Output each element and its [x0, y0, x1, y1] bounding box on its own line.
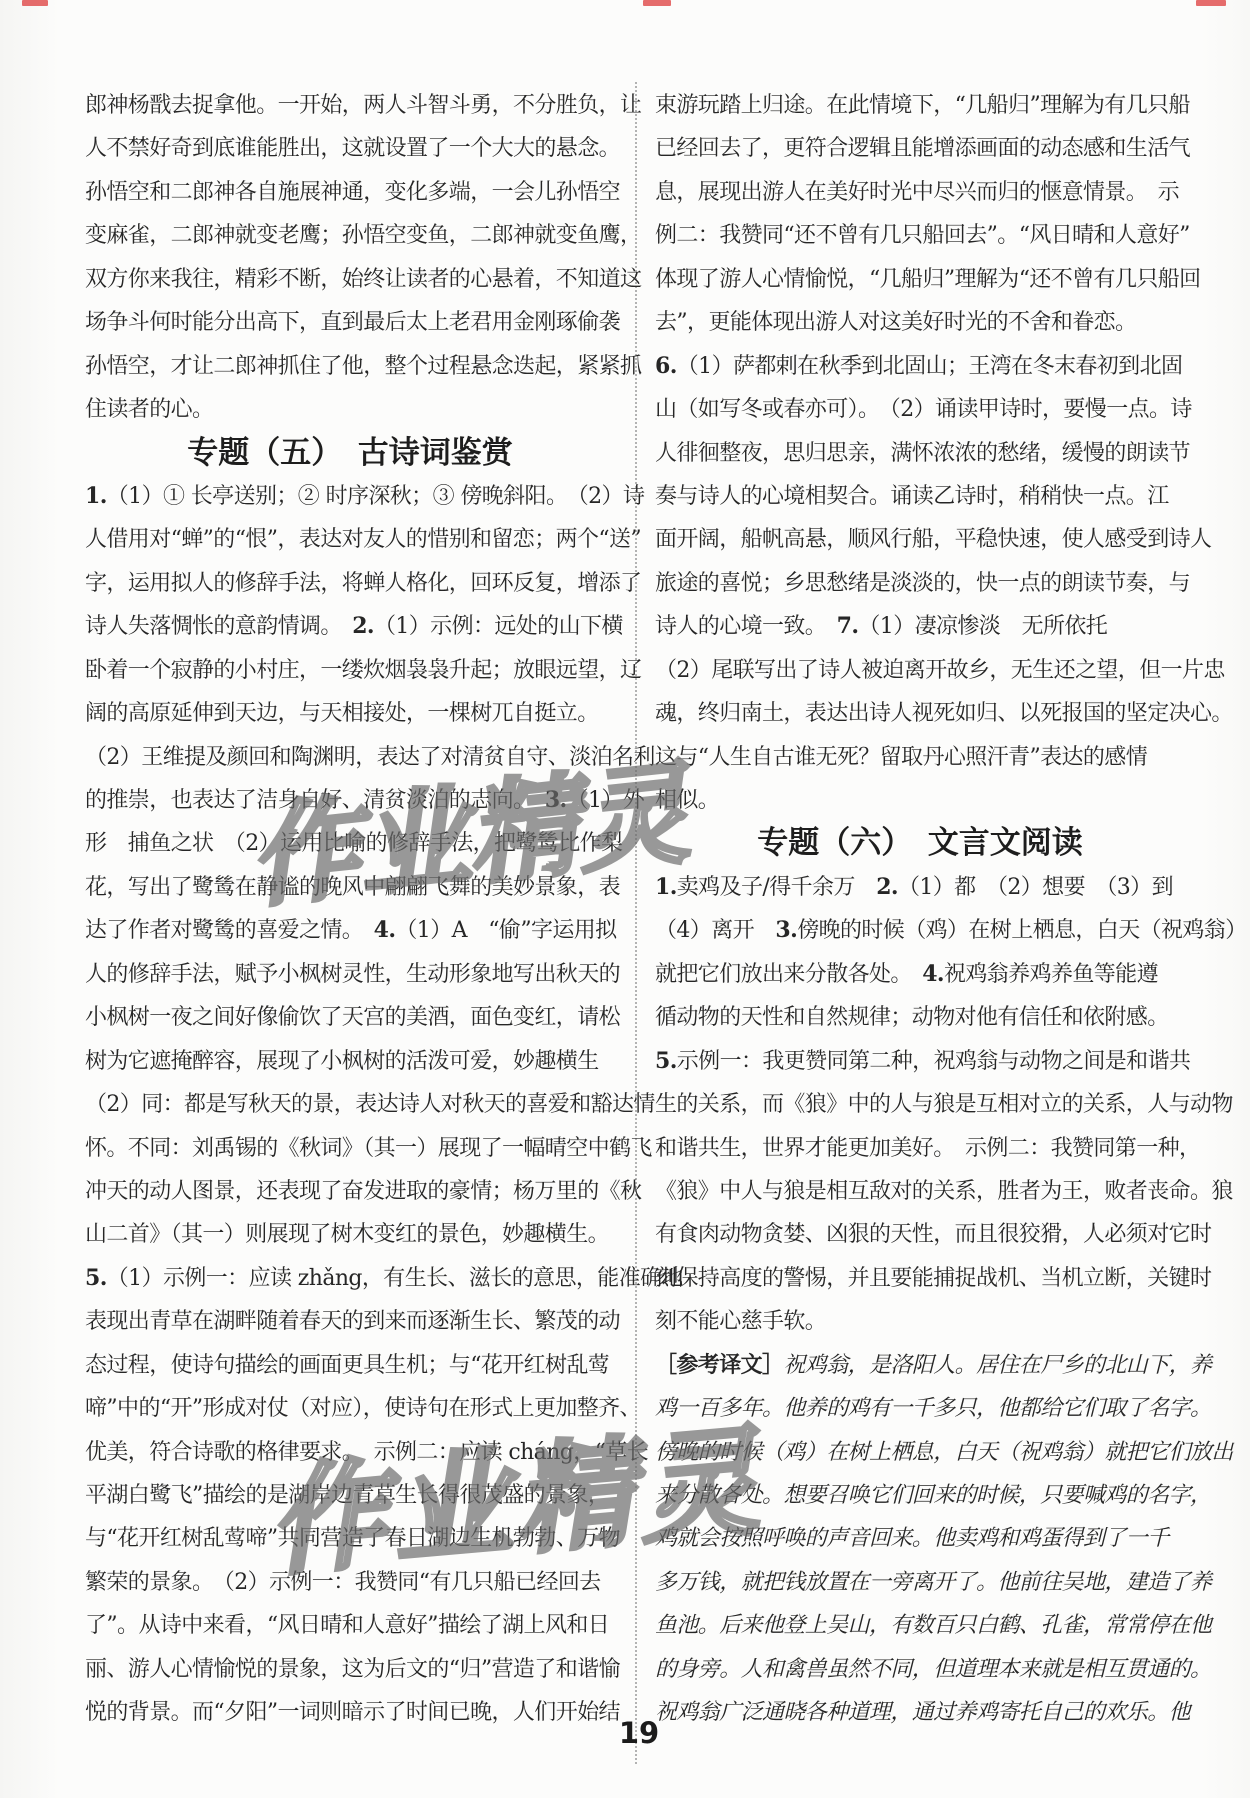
- text-segment: 了”。从诗中来看，“风日晴和人意好”描绘了湖上风和日: [85, 1613, 609, 1638]
- text-segment: 循动物的天性和自然规律；动物对他有信任和依附感。: [655, 1005, 1169, 1030]
- text-segment: 人借用对“蝉”的“恨”，表达对友人的惜别和留恋；两个“送”: [85, 527, 641, 552]
- text-line: 人的修辞手法，赋予小枫树灵性，生动形象地写出秋天的: [85, 953, 615, 996]
- text-segment: 达了作者对鹭鸶的喜爱之情。: [85, 918, 374, 943]
- text-line: 平湖白鹭飞”描绘的是湖岸边青草生长得很茂盛的景象，: [85, 1474, 615, 1517]
- text-line: 小枫树一夜之间好像偷饮了天宫的美酒，面色变红，请松: [85, 996, 615, 1039]
- text-line: 就把它们放出来分散各处。 4.祝鸡翁养鸡养鱼等能遵: [655, 953, 1185, 996]
- text-line: 与“花开红树乱莺啼”共同营造了春日湖边生机勃勃、万物: [85, 1517, 615, 1560]
- text-segment: 卧着一个寂静的小村庄，一缕炊烟袅袅升起；放眼远望，辽: [85, 658, 641, 683]
- text-line: 孙悟空，才让二郎神抓住了他，整个过程悬念迭起，紧紧抓: [85, 345, 615, 388]
- text-segment: （4）离开: [655, 918, 775, 943]
- scanned-page-background: 郎神杨戬去捉拿他。一开始，两人斗智斗勇，不分胜负，让人不禁好奇到底谁能胜出，这就…: [0, 0, 1250, 1798]
- kaiti-text-segment: 鱼池。后来他登上吴山，有数百只白鹤、孔雀，常常停在他: [655, 1613, 1211, 1638]
- text-line: 去”，更能体现出游人对这美好时光的不舍和眷恋。: [655, 301, 1185, 344]
- text-line: 5.示例一：我更赞同第二种，祝鸡翁与动物之间是和谐共: [655, 1040, 1185, 1083]
- text-line: 这与“人生自古谁无死？留取丹心照汗青”表达的感情: [655, 736, 1185, 779]
- text-segment: 面开阔，船帆高悬，顺风行船，平稳快速，使人感受到诗人: [655, 527, 1211, 552]
- text-line: 住读者的心。: [85, 388, 615, 431]
- text-segment: 怀。不同：刘禹锡的《秋词》（其一）展现了一幅晴空中鹤飞: [85, 1136, 652, 1161]
- text-line: （2）王维提及颜回和陶渊明，表达了对清贫自守、淡泊名利: [85, 736, 615, 779]
- text-line: 循动物的天性和自然规律；动物对他有信任和依附感。: [655, 996, 1185, 1039]
- text-segment: 刻不能心慈手软。: [655, 1309, 826, 1334]
- kaiti-text-segment: 鸡就会按照呼唤的声音回来。他卖鸡和鸡蛋得到了一千: [655, 1526, 1169, 1551]
- text-segment: （1）① 长亭送别；② 时序深秋；③ 傍晚斜阳。 （2）诗: [107, 484, 645, 509]
- bold-text-segment: 5.: [655, 1048, 677, 1074]
- text-segment: 孙悟空和二郎神各自施展神通，变化多端，一会儿孙悟空: [85, 180, 620, 205]
- kaiti-text-segment: 鸡一百多年。他养的鸡有一千多只，他都给它们取了名字。: [655, 1396, 1211, 1421]
- text-segment: 繁荣的景象。 （2）示例一：我赞同“有几只船已经回去: [85, 1570, 601, 1595]
- text-segment: 态过程，使诗句描绘的画面更具生机；与“花开红树乱莺: [85, 1353, 609, 1378]
- section-heading: 专题（六） 文言文阅读: [655, 822, 1185, 865]
- text-line: 的身旁。人和禽兽虽然不同，但道理本来就是相互贯通的。: [655, 1648, 1185, 1691]
- text-segment: 丽、游人心情愉悦的景象，这为后文的“归”营造了和谐愉: [85, 1657, 620, 1682]
- text-segment: 变麻雀，二郎神就变老鹰；孙悟空变鱼，二郎神就变鱼鹰，: [85, 223, 641, 248]
- text-segment: 平湖白鹭飞”描绘的是湖岸边青草生长得很茂盛的景象，: [85, 1483, 609, 1508]
- text-segment: 孙悟空，才让二郎神抓住了他，整个过程悬念迭起，紧紧抓: [85, 354, 641, 379]
- text-line: 怀。不同：刘禹锡的《秋词》（其一）展现了一幅晴空中鹤飞: [85, 1127, 615, 1170]
- red-crop-mark-right: [1196, 0, 1226, 6]
- text-segment: 息，展现出游人在美好时光中尽兴而归的惬意情景。 示: [655, 180, 1179, 205]
- kaiti-text-segment: 祝鸡翁，是洛阳人。居住在尸乡的北山下，养: [783, 1353, 1211, 1378]
- text-line: 人借用对“蝉”的“恨”，表达对友人的惜别和留恋；两个“送”: [85, 518, 615, 561]
- bold-text-segment: 1.: [655, 874, 677, 900]
- text-line: 鱼池。后来他登上吴山，有数百只白鹤、孔雀，常常停在他: [655, 1604, 1185, 1647]
- text-line: 形 捕鱼之状 （2）运用比喻的修辞手法，把鹭鸶比作梨: [85, 822, 615, 865]
- text-segment: 生的关系，而《狼》中的人与狼是互相对立的关系，人与动物: [655, 1092, 1233, 1117]
- text-line: 场争斗何时能分出高下，直到最后太上老君用金刚琢偷袭: [85, 301, 615, 344]
- text-line: 已经回去了，更符合逻辑且能增添画面的动态感和生活气: [655, 127, 1185, 170]
- text-segment: 字，运用拟人的修辞手法，将蝉人格化，回环反复，增添了: [85, 571, 641, 596]
- text-segment: 表现出青草在湖畔随着春天的到来而逐渐生长、繁茂的动: [85, 1309, 620, 1334]
- text-segment: 树为它遮掩醉容，展现了小枫树的活泼可爱，妙趣横生: [85, 1049, 599, 1074]
- text-line: 阔的高原延伸到天边，与天相接处，一棵树兀自挺立。: [85, 692, 615, 735]
- text-segment: （1）萨都剌在秋季到北固山；王湾在冬末春初到北固: [677, 354, 1183, 379]
- text-segment: 小枫树一夜之间好像偷饮了天宫的美酒，面色变红，请松: [85, 1005, 620, 1030]
- text-segment: 这与“人生自古谁无死？留取丹心照汗青”表达的感情: [655, 745, 1147, 770]
- bold-text-segment: 2.: [352, 613, 374, 639]
- text-segment: 山（如写冬或春亦可）。 （2）诵读甲诗时，要慢一点。诗: [655, 397, 1192, 422]
- bold-text-segment: 2.: [876, 874, 898, 900]
- kaiti-text-segment: 傍晚的时候（鸡）在树上栖息，白天（祝鸡翁）就把它们放出: [655, 1440, 1233, 1465]
- text-segment: 人徘徊整夜，思归思亲，满怀浓浓的愁绪，缓慢的朗读节: [655, 441, 1190, 466]
- text-line: 卧着一个寂静的小村庄，一缕炊烟袅袅升起；放眼远望，辽: [85, 649, 615, 692]
- text-line: 了”。从诗中来看，“风日晴和人意好”描绘了湖上风和日: [85, 1604, 615, 1647]
- kaiti-text-segment: 来分散各处。想要召唤它们回来的时候，只要喊鸡的名字，: [655, 1483, 1211, 1508]
- text-line: 孙悟空和二郎神各自施展神通，变化多端，一会儿孙悟空: [85, 171, 615, 214]
- text-segment: 人不禁好奇到底谁能胜出，这就设置了一个大大的悬念。: [85, 136, 620, 161]
- text-line: 束游玩踏上归途。在此情境下，“几船归”理解为有几只船: [655, 84, 1185, 127]
- text-segment: 优美，符合诗歌的格律要求。 示例二：应读 cháng，“草长: [85, 1440, 648, 1465]
- bold-text-segment: 1.: [85, 483, 107, 509]
- text-segment: 啼”中的“开”形成对仗（对应），使诗句在形式上更加整齐、: [85, 1396, 641, 1421]
- text-line: 面开阔，船帆高悬，顺风行船，平稳快速，使人感受到诗人: [655, 518, 1185, 561]
- text-line: 来分散各处。想要召唤它们回来的时候，只要喊鸡的名字，: [655, 1474, 1185, 1517]
- text-segment: 去”，更能体现出游人对这美好时光的不舍和眷恋。: [655, 310, 1136, 335]
- text-line: 鸡一百多年。他养的鸡有一千多只，他都给它们取了名字。: [655, 1387, 1185, 1430]
- text-segment: （1）A “偷”字运用拟: [395, 918, 616, 943]
- text-segment: 与“花开红树乱莺啼”共同营造了春日湖边生机勃勃、万物: [85, 1526, 620, 1551]
- text-segment: （2）王维提及颜回和陶渊明，表达了对清贫自守、淡泊名利: [85, 745, 655, 770]
- text-line: 《狼》中人与狼是相互敌对的关系，胜者为王，败者丧命。狼: [655, 1170, 1185, 1213]
- text-segment: （2）尾联写出了诗人被迫离开故乡，无生还之望，但一片忠: [655, 658, 1225, 683]
- text-line: 达了作者对鹭鸶的喜爱之情。 4.（1）A “偷”字运用拟: [85, 909, 615, 952]
- bold-text-segment: 4.: [922, 961, 944, 987]
- text-segment: （1）外: [567, 788, 645, 813]
- bold-text-segment: 3.: [545, 787, 567, 813]
- text-line: 诗人的心境一致。 7.（1）凄凉惨淡 无所依托: [655, 605, 1185, 648]
- bold-text-segment: ［参考译文］: [655, 1352, 783, 1378]
- text-line: 字，运用拟人的修辞手法，将蝉人格化，回环反复，增添了: [85, 562, 615, 605]
- text-segment: 郎神杨戬去捉拿他。一开始，两人斗智斗勇，不分胜负，让: [85, 93, 641, 118]
- text-line: 郎神杨戬去捉拿他。一开始，两人斗智斗勇，不分胜负，让: [85, 84, 615, 127]
- text-line: 花，写出了鹭鸶在静谧的晚风中翩翩飞舞的美妙景象，表: [85, 866, 615, 909]
- text-segment: 刻保持高度的警惕，并且要能捕捉战机、当机立断，关键时: [655, 1266, 1211, 1291]
- text-segment: 冲天的动人图景，还表现了奋发进取的豪情；杨万里的《秋: [85, 1179, 641, 1204]
- kaiti-text-segment: 的身旁。人和禽兽虽然不同，但道理本来就是相互贯通的。: [655, 1657, 1211, 1682]
- text-line: （2）尾联写出了诗人被迫离开故乡，无生还之望，但一片忠: [655, 649, 1185, 692]
- text-line: 奏与诗人的心境相契合。诵读乙诗时，稍稍快一点。江: [655, 475, 1185, 518]
- text-segment: 《狼》中人与狼是相互敌对的关系，胜者为王，败者丧命。狼: [655, 1179, 1233, 1204]
- text-line: 和谐共生，世界才能更加美好。 示例二：我赞同第一种，: [655, 1127, 1185, 1170]
- bold-text-segment: 3.: [775, 917, 797, 943]
- bold-text-segment: 5.: [85, 1265, 107, 1291]
- bold-text-segment: 7.: [837, 613, 859, 639]
- text-segment: （1）示例一：应读 zhǎng，有生长、滋长的意思，能准确地: [107, 1266, 683, 1291]
- text-segment: 已经回去了，更符合逻辑且能增添画面的动态感和生活气: [655, 136, 1190, 161]
- text-segment: 魂，终归南土，表达出诗人视死如归、以死报国的坚定决心。: [655, 701, 1233, 726]
- bold-text-segment: 4.: [374, 917, 396, 943]
- text-segment: 和谐共生，世界才能更加美好。 示例二：我赞同第一种，: [655, 1136, 1200, 1161]
- text-line: 变麻雀，二郎神就变老鹰；孙悟空变鱼，二郎神就变鱼鹰，: [85, 214, 615, 257]
- text-line: 鸡就会按照呼唤的声音回来。他卖鸡和鸡蛋得到了一千: [655, 1517, 1185, 1560]
- text-line: 6.（1）萨都剌在秋季到北固山；王湾在冬末春初到北固: [655, 345, 1185, 388]
- column-divider-dotted-line: [635, 82, 637, 1764]
- text-line: 人不禁好奇到底谁能胜出，这就设置了一个大大的悬念。: [85, 127, 615, 170]
- text-line: 多万钱，就把钱放置在一旁离开了。他前往吴地，建造了养: [655, 1561, 1185, 1604]
- text-line: 山（如写冬或春亦可）。 （2）诵读甲诗时，要慢一点。诗: [655, 388, 1185, 431]
- text-segment: 花，写出了鹭鸶在静谧的晚风中翩翩飞舞的美妙景象，表: [85, 875, 620, 900]
- text-segment: 相似。: [655, 788, 719, 813]
- text-segment: 奏与诗人的心境相契合。诵读乙诗时，稍稍快一点。江: [655, 484, 1169, 509]
- text-line: 1.（1）① 长亭送别；② 时序深秋；③ 傍晚斜阳。 （2）诗: [85, 475, 615, 518]
- text-segment: 有食肉动物贪婪、凶狠的天性，而且很狡猾，人必须对它时: [655, 1222, 1211, 1247]
- text-line: 生的关系，而《狼》中的人与狼是互相对立的关系，人与动物: [655, 1083, 1185, 1126]
- text-line: 5.（1）示例一：应读 zhǎng，有生长、滋长的意思，能准确地: [85, 1257, 615, 1300]
- text-segment: 诗人失落惆怅的意韵情调。: [85, 614, 352, 639]
- text-segment: 就把它们放出来分散各处。: [655, 962, 922, 987]
- text-line: 丽、游人心情愉悦的景象，这为后文的“归”营造了和谐愉: [85, 1648, 615, 1691]
- text-line: ［参考译文］祝鸡翁，是洛阳人。居住在尸乡的北山下，养: [655, 1344, 1185, 1387]
- text-segment: 形 捕鱼之状 （2）运用比喻的修辞手法，把鹭鸶比作梨: [85, 831, 622, 856]
- text-line: （4）离开 3.傍晚的时候（鸡）在树上栖息，白天（祝鸡翁）: [655, 909, 1185, 952]
- text-line: 傍晚的时候（鸡）在树上栖息，白天（祝鸡翁）就把它们放出: [655, 1431, 1185, 1474]
- text-line: 表现出青草在湖畔随着春天的到来而逐渐生长、繁茂的动: [85, 1300, 615, 1343]
- text-segment: （2）同：都是写秋天的景，表达诗人对秋天的喜爱和豁达情: [85, 1092, 655, 1117]
- text-line: 繁荣的景象。 （2）示例一：我赞同“有几只船已经回去: [85, 1561, 615, 1604]
- text-segment: 人的修辞手法，赋予小枫树灵性，生动形象地写出秋天的: [85, 962, 620, 987]
- text-line: 态过程，使诗句描绘的画面更具生机；与“花开红树乱莺: [85, 1344, 615, 1387]
- text-line: （2）同：都是写秋天的景，表达诗人对秋天的喜爱和豁达情: [85, 1083, 615, 1126]
- text-segment: 场争斗何时能分出高下，直到最后太上老君用金刚琢偷袭: [85, 310, 620, 335]
- text-line: 相似。: [655, 779, 1185, 822]
- text-line: 啼”中的“开”形成对仗（对应），使诗句在形式上更加整齐、: [85, 1387, 615, 1430]
- text-segment: （1）都 （2）想要 （3）到: [898, 875, 1173, 900]
- text-segment: 住读者的心。: [85, 397, 213, 422]
- text-line: 刻保持高度的警惕，并且要能捕捉战机、当机立断，关键时: [655, 1257, 1185, 1300]
- text-line: 有食肉动物贪婪、凶狠的天性，而且很狡猾，人必须对它时: [655, 1213, 1185, 1256]
- text-segment: 的推崇，也表达了洁身自好、清贫淡泊的志向。: [85, 788, 545, 813]
- text-segment: 束游玩踏上归途。在此情境下，“几船归”理解为有几只船: [655, 93, 1190, 118]
- text-line: 例二：我赞同“还不曾有几只船回去”。“风日晴和人意好”: [655, 214, 1185, 257]
- right-text-column: 束游玩踏上归途。在此情境下，“几船归”理解为有几只船已经回去了，更符合逻辑且能增…: [655, 84, 1185, 1735]
- red-crop-mark-left: [22, 0, 48, 6]
- text-segment: 体现了游人心情愉悦，“几船归”理解为“还不曾有几只船回: [655, 267, 1201, 292]
- text-segment: 卖鸡及子/得千余万: [677, 875, 876, 900]
- text-segment: （1）凄凉惨淡 无所依托: [858, 614, 1107, 639]
- page-number: 19: [0, 1716, 1250, 1750]
- text-segment: 旅途的喜悦；乡思愁绪是淡淡的，快一点的朗读节奏，与: [655, 571, 1190, 596]
- text-segment: 山二首》（其一）则展现了树木变红的景色，妙趣横生。: [85, 1222, 609, 1247]
- text-segment: 诗人的心境一致。: [655, 614, 837, 639]
- text-line: 双方你来我往，精彩不断，始终让读者的心悬着，不知道这: [85, 258, 615, 301]
- text-line: 树为它遮掩醉容，展现了小枫树的活泼可爱，妙趣横生: [85, 1040, 615, 1083]
- text-line: 人徘徊整夜，思归思亲，满怀浓浓的愁绪，缓慢的朗读节: [655, 432, 1185, 475]
- section-heading: 专题（五） 古诗词鉴赏: [85, 432, 615, 475]
- text-line: 的推崇，也表达了洁身自好、清贫淡泊的志向。 3.（1）外: [85, 779, 615, 822]
- text-segment: 例二：我赞同“还不曾有几只船回去”。“风日晴和人意好”: [655, 223, 1190, 248]
- text-segment: 祝鸡翁养鸡养鱼等能遵: [944, 962, 1158, 987]
- text-line: 冲天的动人图景，还表现了奋发进取的豪情；杨万里的《秋: [85, 1170, 615, 1213]
- text-line: 山二首》（其一）则展现了树木变红的景色，妙趣横生。: [85, 1213, 615, 1256]
- left-text-column: 郎神杨戬去捉拿他。一开始，两人斗智斗勇，不分胜负，让人不禁好奇到底谁能胜出，这就…: [85, 84, 615, 1735]
- text-line: 诗人失落惆怅的意韵情调。 2.（1）示例：远处的山下横: [85, 605, 615, 648]
- bold-text-segment: 6.: [655, 353, 677, 379]
- text-segment: 阔的高原延伸到天边，与天相接处，一棵树兀自挺立。: [85, 701, 599, 726]
- text-segment: （1）示例：远处的山下横: [374, 614, 623, 639]
- kaiti-text-segment: 多万钱，就把钱放置在一旁离开了。他前往吴地，建造了养: [655, 1570, 1211, 1595]
- text-line: 旅途的喜悦；乡思愁绪是淡淡的，快一点的朗读节奏，与: [655, 562, 1185, 605]
- red-crop-mark-middle: [643, 0, 671, 6]
- text-line: 1.卖鸡及子/得千余万 2.（1）都 （2）想要 （3）到: [655, 866, 1185, 909]
- text-segment: 双方你来我往，精彩不断，始终让读者的心悬着，不知道这: [85, 267, 641, 292]
- text-line: 刻不能心慈手软。: [655, 1300, 1185, 1343]
- text-line: 优美，符合诗歌的格律要求。 示例二：应读 cháng，“草长: [85, 1431, 615, 1474]
- text-line: 魂，终归南土，表达出诗人视死如归、以死报国的坚定决心。: [655, 692, 1185, 735]
- text-line: 息，展现出游人在美好时光中尽兴而归的惬意情景。 示: [655, 171, 1185, 214]
- text-segment: 傍晚的时候（鸡）在树上栖息，白天（祝鸡翁）: [797, 918, 1246, 943]
- text-segment: 示例一：我更赞同第二种，祝鸡翁与动物之间是和谐共: [677, 1049, 1191, 1074]
- text-line: 体现了游人心情愉悦，“几船归”理解为“还不曾有几只船回: [655, 258, 1185, 301]
